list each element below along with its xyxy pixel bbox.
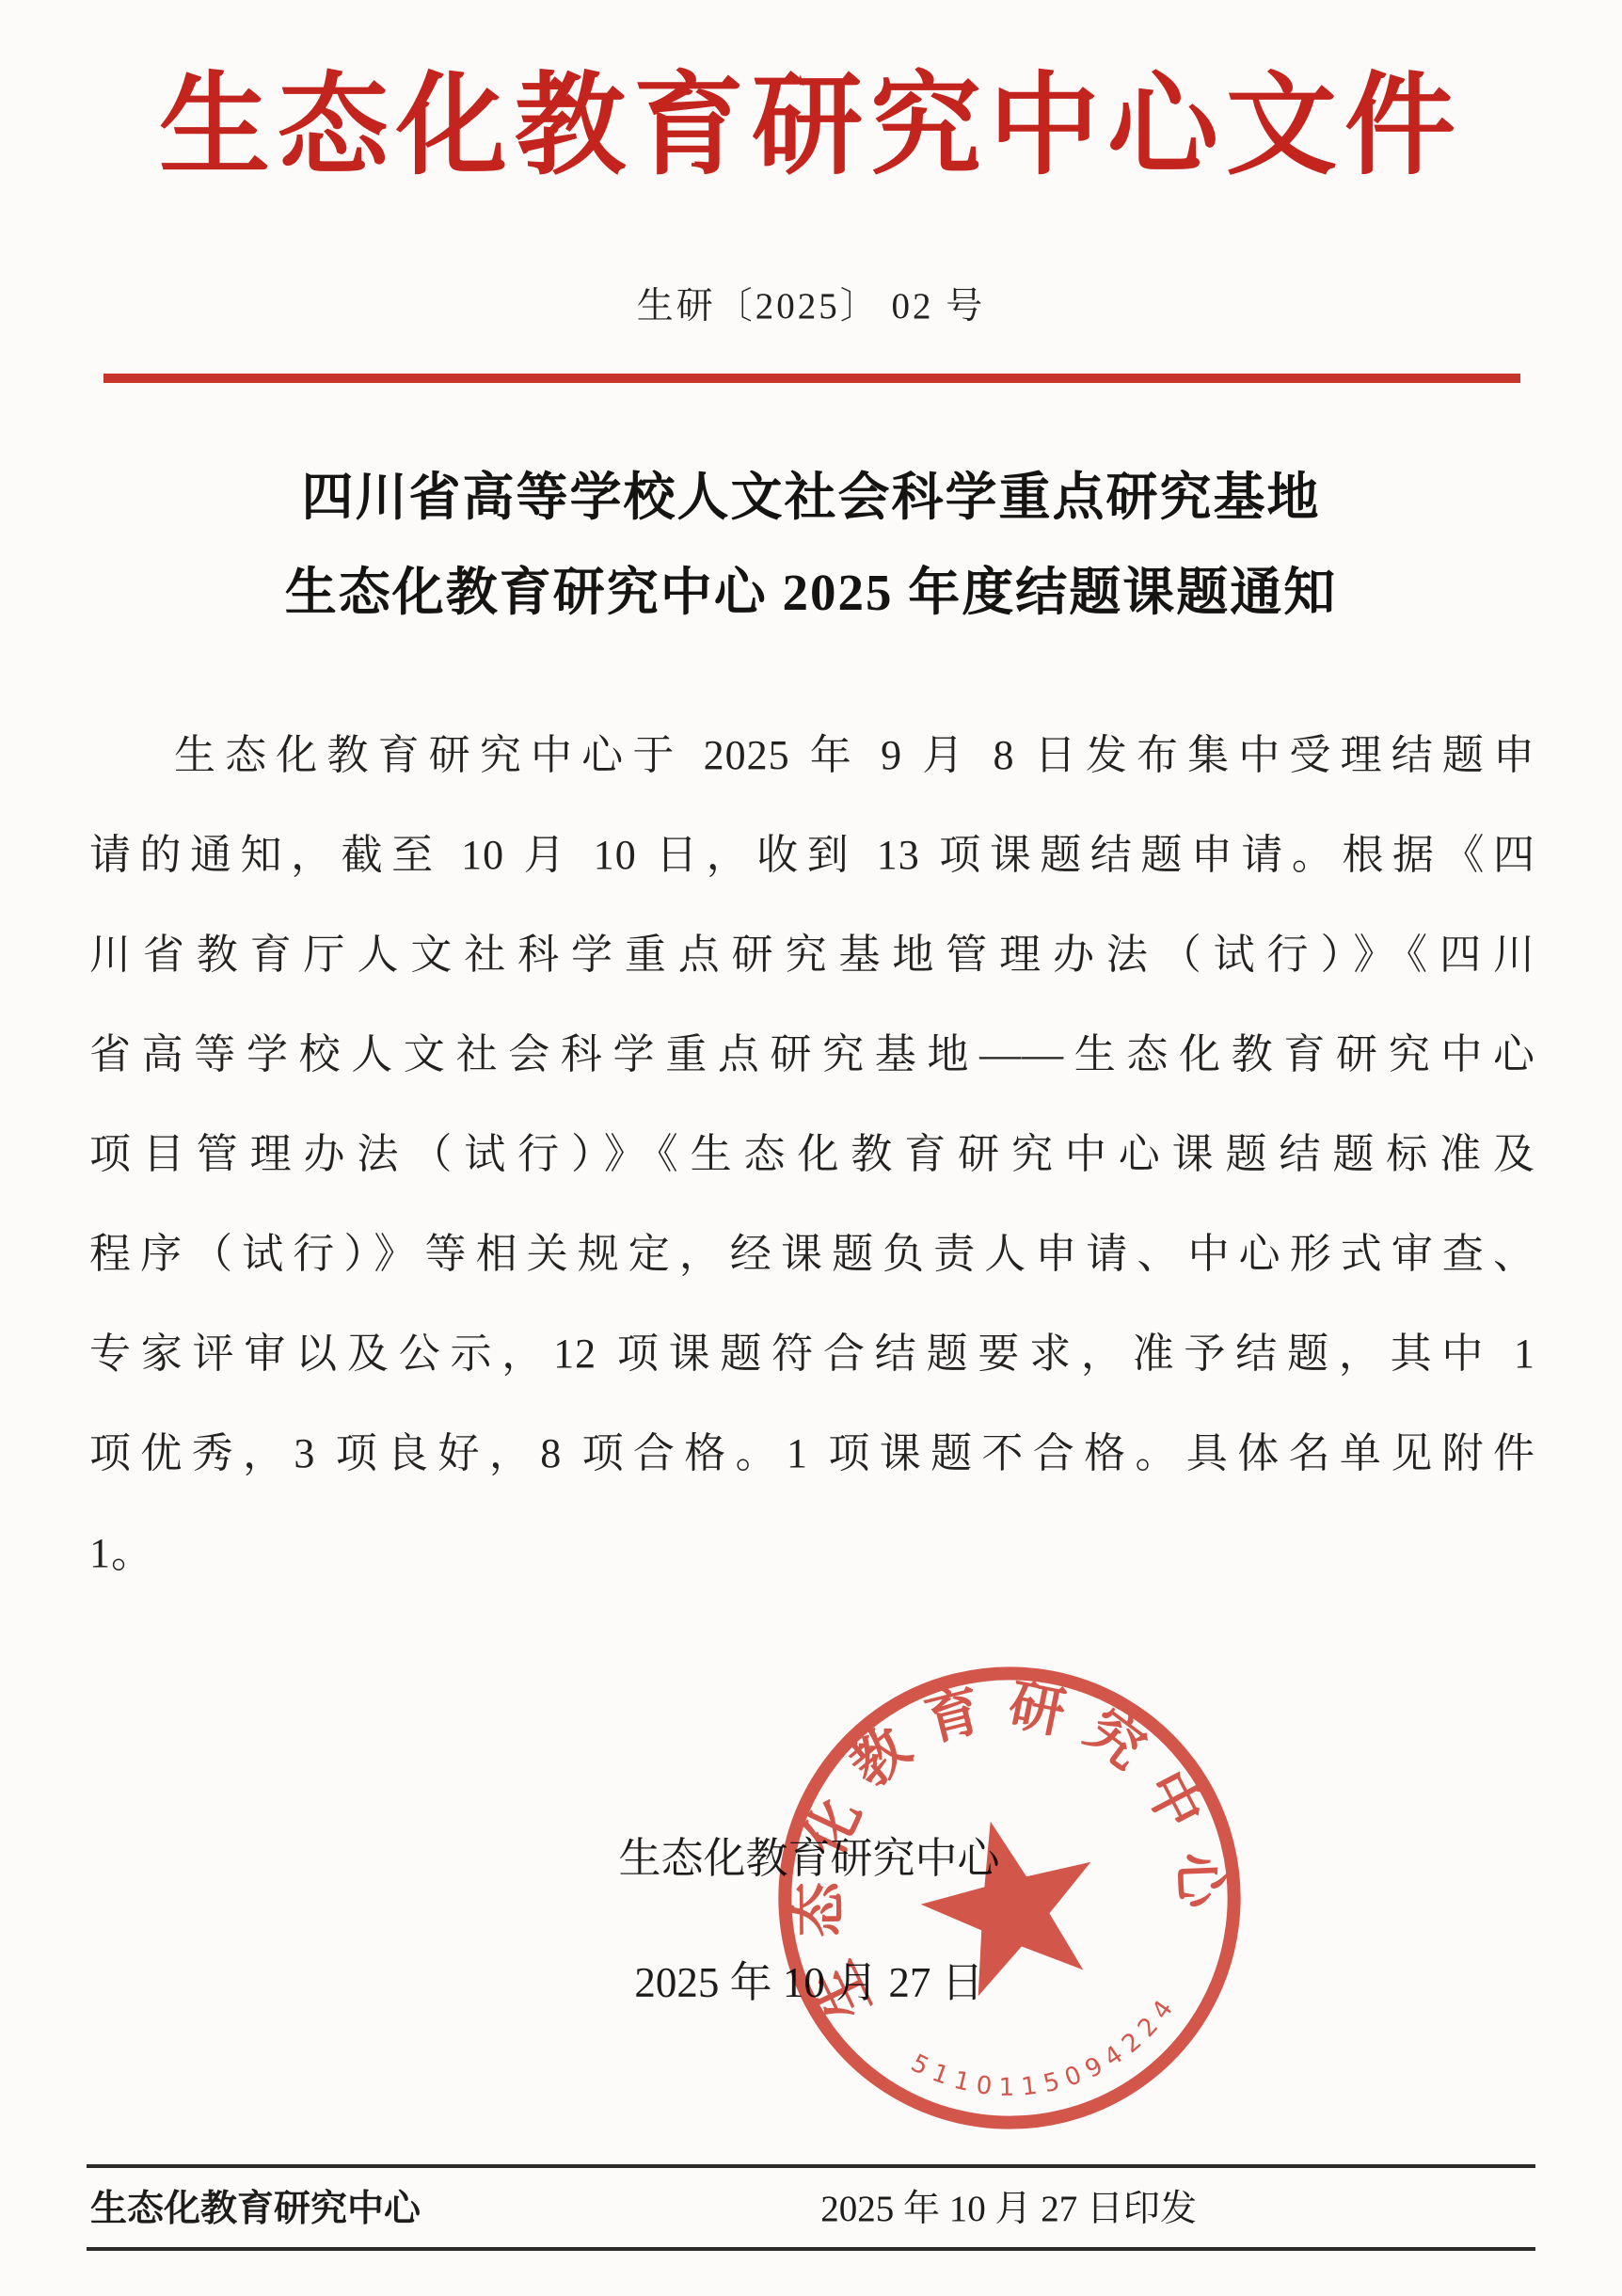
body-text-line: 1。 bbox=[89, 1504, 1535, 1603]
official-seal-stamp: 生态化教育研究中心 5110115094224 bbox=[712, 1601, 1308, 2196]
document-page: 生态化教育研究中心文件 生研〔2025〕 02 号 四川省高等学校人文社会科学重… bbox=[0, 0, 1622, 2296]
body-text-line: 程序（试行）》等相关规定，经课题负责人申请、中心形式审查、 bbox=[89, 1204, 1535, 1304]
document-title: 四川省高等学校人文社会科学重点研究基地 生态化教育研究中心 2025 年度结题课… bbox=[0, 450, 1622, 640]
footer-top-rule bbox=[87, 2164, 1535, 2168]
body-text-line: 省高等学校人文社会科学重点研究基地——生态化教育研究中心 bbox=[89, 1005, 1535, 1105]
body-text-line: 请的通知，截至 10 月 10 日，收到 13 项课题结题申请。根据《四 bbox=[89, 805, 1535, 905]
footer-print-date: 2025 年 10 月 27 日印发 bbox=[820, 2179, 1197, 2232]
footer-issuer: 生态化教育研究中心 bbox=[90, 2179, 421, 2232]
document-title-line2: 生态化教育研究中心 2025 年度结题课题通知 bbox=[0, 545, 1622, 640]
seal-graphic: 生态化教育研究中心 5110115094224 bbox=[712, 1601, 1308, 2196]
document-number: 生研〔2025〕 02 号 bbox=[0, 277, 1622, 329]
body-text-line: 川省教育厅人文社科学重点研究基地管理办法（试行）》《四川 bbox=[89, 905, 1535, 1005]
body-text-line: 项优秀，3 项良好，8 项合格。1 项课题不合格。具体名单见附件 bbox=[89, 1404, 1535, 1504]
document-title-line1: 四川省高等学校人文社会科学重点研究基地 bbox=[0, 450, 1622, 545]
body-text-line: 项目管理办法（试行）》《生态化教育研究中心课题结题标准及 bbox=[89, 1105, 1535, 1204]
body-text-line: 生态化教育研究中心于 2025 年 9 月 8 日发布集中受理结题申 bbox=[89, 706, 1535, 805]
document-header-title: 生态化教育研究中心文件 bbox=[0, 36, 1622, 196]
body-text-line: 专家评审以及公示，12 项课题符合结题要求，准予结题，其中 1 bbox=[89, 1304, 1535, 1404]
seal-star-icon bbox=[905, 1800, 1116, 2004]
red-separator-line bbox=[103, 374, 1520, 383]
footer-bottom-rule bbox=[87, 2247, 1535, 2251]
document-body: 生态化教育研究中心于 2025 年 9 月 8 日发布集中受理结题申请的通知，截… bbox=[89, 706, 1535, 1603]
